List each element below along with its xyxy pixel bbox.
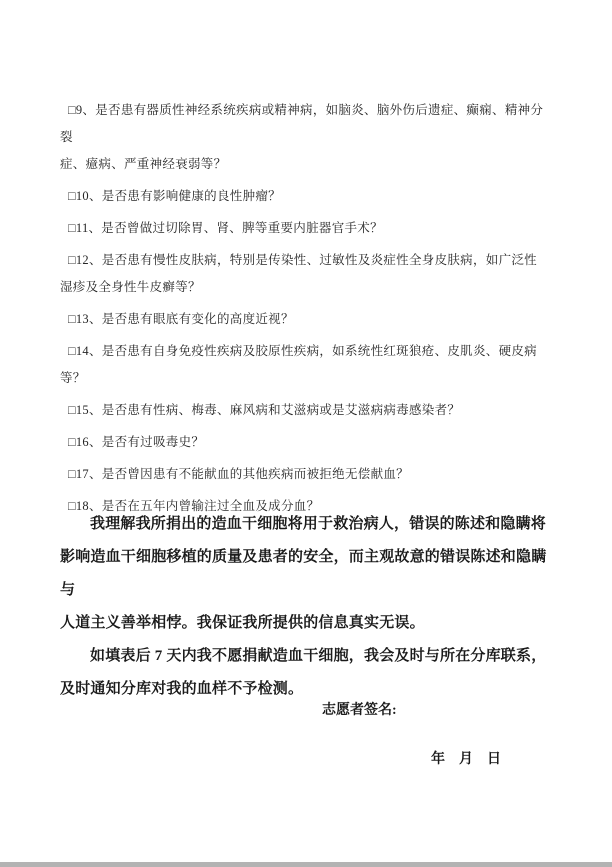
page-bottom-edge — [0, 862, 612, 867]
question-text: 是否患有自身免疫性疾病及胶原性疾病，如系统性红斑狼疮、皮肌炎、硬皮病 等？ — [60, 344, 537, 385]
question-item: □9、是否患有器质性神经系统疾病或精神病，如脑炎、脑外伤后遗症、癫痫、精神分裂 … — [60, 97, 550, 178]
question-text: 是否曾因患有不能献血的其他疾病而被拒绝无偿献血？ — [102, 467, 409, 481]
declaration-paragraph-2: 如填表后 7 天内我不愿捐献造血干细胞，我会及时与所在分库联系， 及时通知分库对… — [60, 640, 550, 706]
question-number: 17、 — [76, 467, 102, 481]
date-line: 年 月 日 — [431, 748, 501, 768]
checkbox-icon[interactable]: □ — [68, 253, 76, 267]
checkbox-icon[interactable]: □ — [68, 435, 76, 449]
question-text: 是否患有性病、梅毒、麻风病和艾滋病或是艾滋病病毒感染者？ — [102, 403, 460, 417]
document-page: □9、是否患有器质性神经系统疾病或精神病，如脑炎、脑外伤后遗症、癫痫、精神分裂 … — [0, 0, 612, 867]
question-item: □15、是否患有性病、梅毒、麻风病和艾滋病或是艾滋病病毒感染者？ — [60, 397, 550, 424]
declaration-paragraph-1: 我理解我所捐出的造血干细胞将用于救治病人，错误的陈述和隐瞒将 影响造血干细胞移植… — [60, 508, 550, 640]
question-item: □10、是否患有影响健康的良性肿瘤？ — [60, 183, 550, 210]
question-number: 15、 — [76, 403, 102, 417]
question-item: □12、是否患有慢性皮肤病，特别是传染性、过敏性及炎症性全身皮肤病，如广泛性 湿… — [60, 247, 550, 301]
question-number: 10、 — [76, 189, 102, 203]
checkbox-icon[interactable]: □ — [68, 189, 76, 203]
checkbox-icon[interactable]: □ — [68, 221, 76, 235]
question-item: □16、是否有过吸毒史？ — [60, 429, 550, 456]
checkbox-icon[interactable]: □ — [68, 312, 76, 326]
checkbox-icon[interactable]: □ — [68, 467, 76, 481]
question-text: 是否患有慢性皮肤病，特别是传染性、过敏性及炎症性全身皮肤病，如广泛性 湿疹及全身… — [60, 253, 537, 294]
question-number: 12、 — [76, 253, 102, 267]
question-list: □9、是否患有器质性神经系统疾病或精神病，如脑炎、脑外伤后遗症、癫痫、精神分裂 … — [60, 97, 550, 525]
question-item: □11、是否曾做过切除胃、肾、脾等重要内脏器官手术？ — [60, 215, 550, 242]
checkbox-icon[interactable]: □ — [68, 403, 76, 417]
question-number: 13、 — [76, 312, 102, 326]
question-number: 16、 — [76, 435, 102, 449]
question-text: 是否曾做过切除胃、肾、脾等重要内脏器官手术？ — [101, 221, 383, 235]
question-number: 9、 — [76, 103, 95, 117]
question-number: 14、 — [76, 344, 102, 358]
declaration-section: 我理解我所捐出的造血干细胞将用于救治病人，错误的陈述和隐瞒将 影响造血干细胞移植… — [60, 508, 550, 706]
question-text: 是否患有器质性神经系统疾病或精神病，如脑炎、脑外伤后遗症、癫痫、精神分裂 症、癔… — [60, 103, 543, 171]
checkbox-icon[interactable]: □ — [68, 344, 76, 358]
checkbox-icon[interactable]: □ — [68, 103, 76, 117]
question-item: □14、是否患有自身免疫性疾病及胶原性疾病，如系统性红斑狼疮、皮肌炎、硬皮病 等… — [60, 338, 550, 392]
question-text: 是否有过吸毒史？ — [102, 435, 204, 449]
question-text: 是否患有眼底有变化的高度近视？ — [102, 312, 294, 326]
question-text: 是否患有影响健康的良性肿瘤？ — [102, 189, 281, 203]
question-number: 11、 — [76, 221, 101, 235]
question-item: □17、是否曾因患有不能献血的其他疾病而被拒绝无偿献血？ — [60, 461, 550, 488]
question-item: □13、是否患有眼底有变化的高度近视？ — [60, 306, 550, 333]
volunteer-signature-label: 志愿者签名: — [322, 699, 397, 719]
